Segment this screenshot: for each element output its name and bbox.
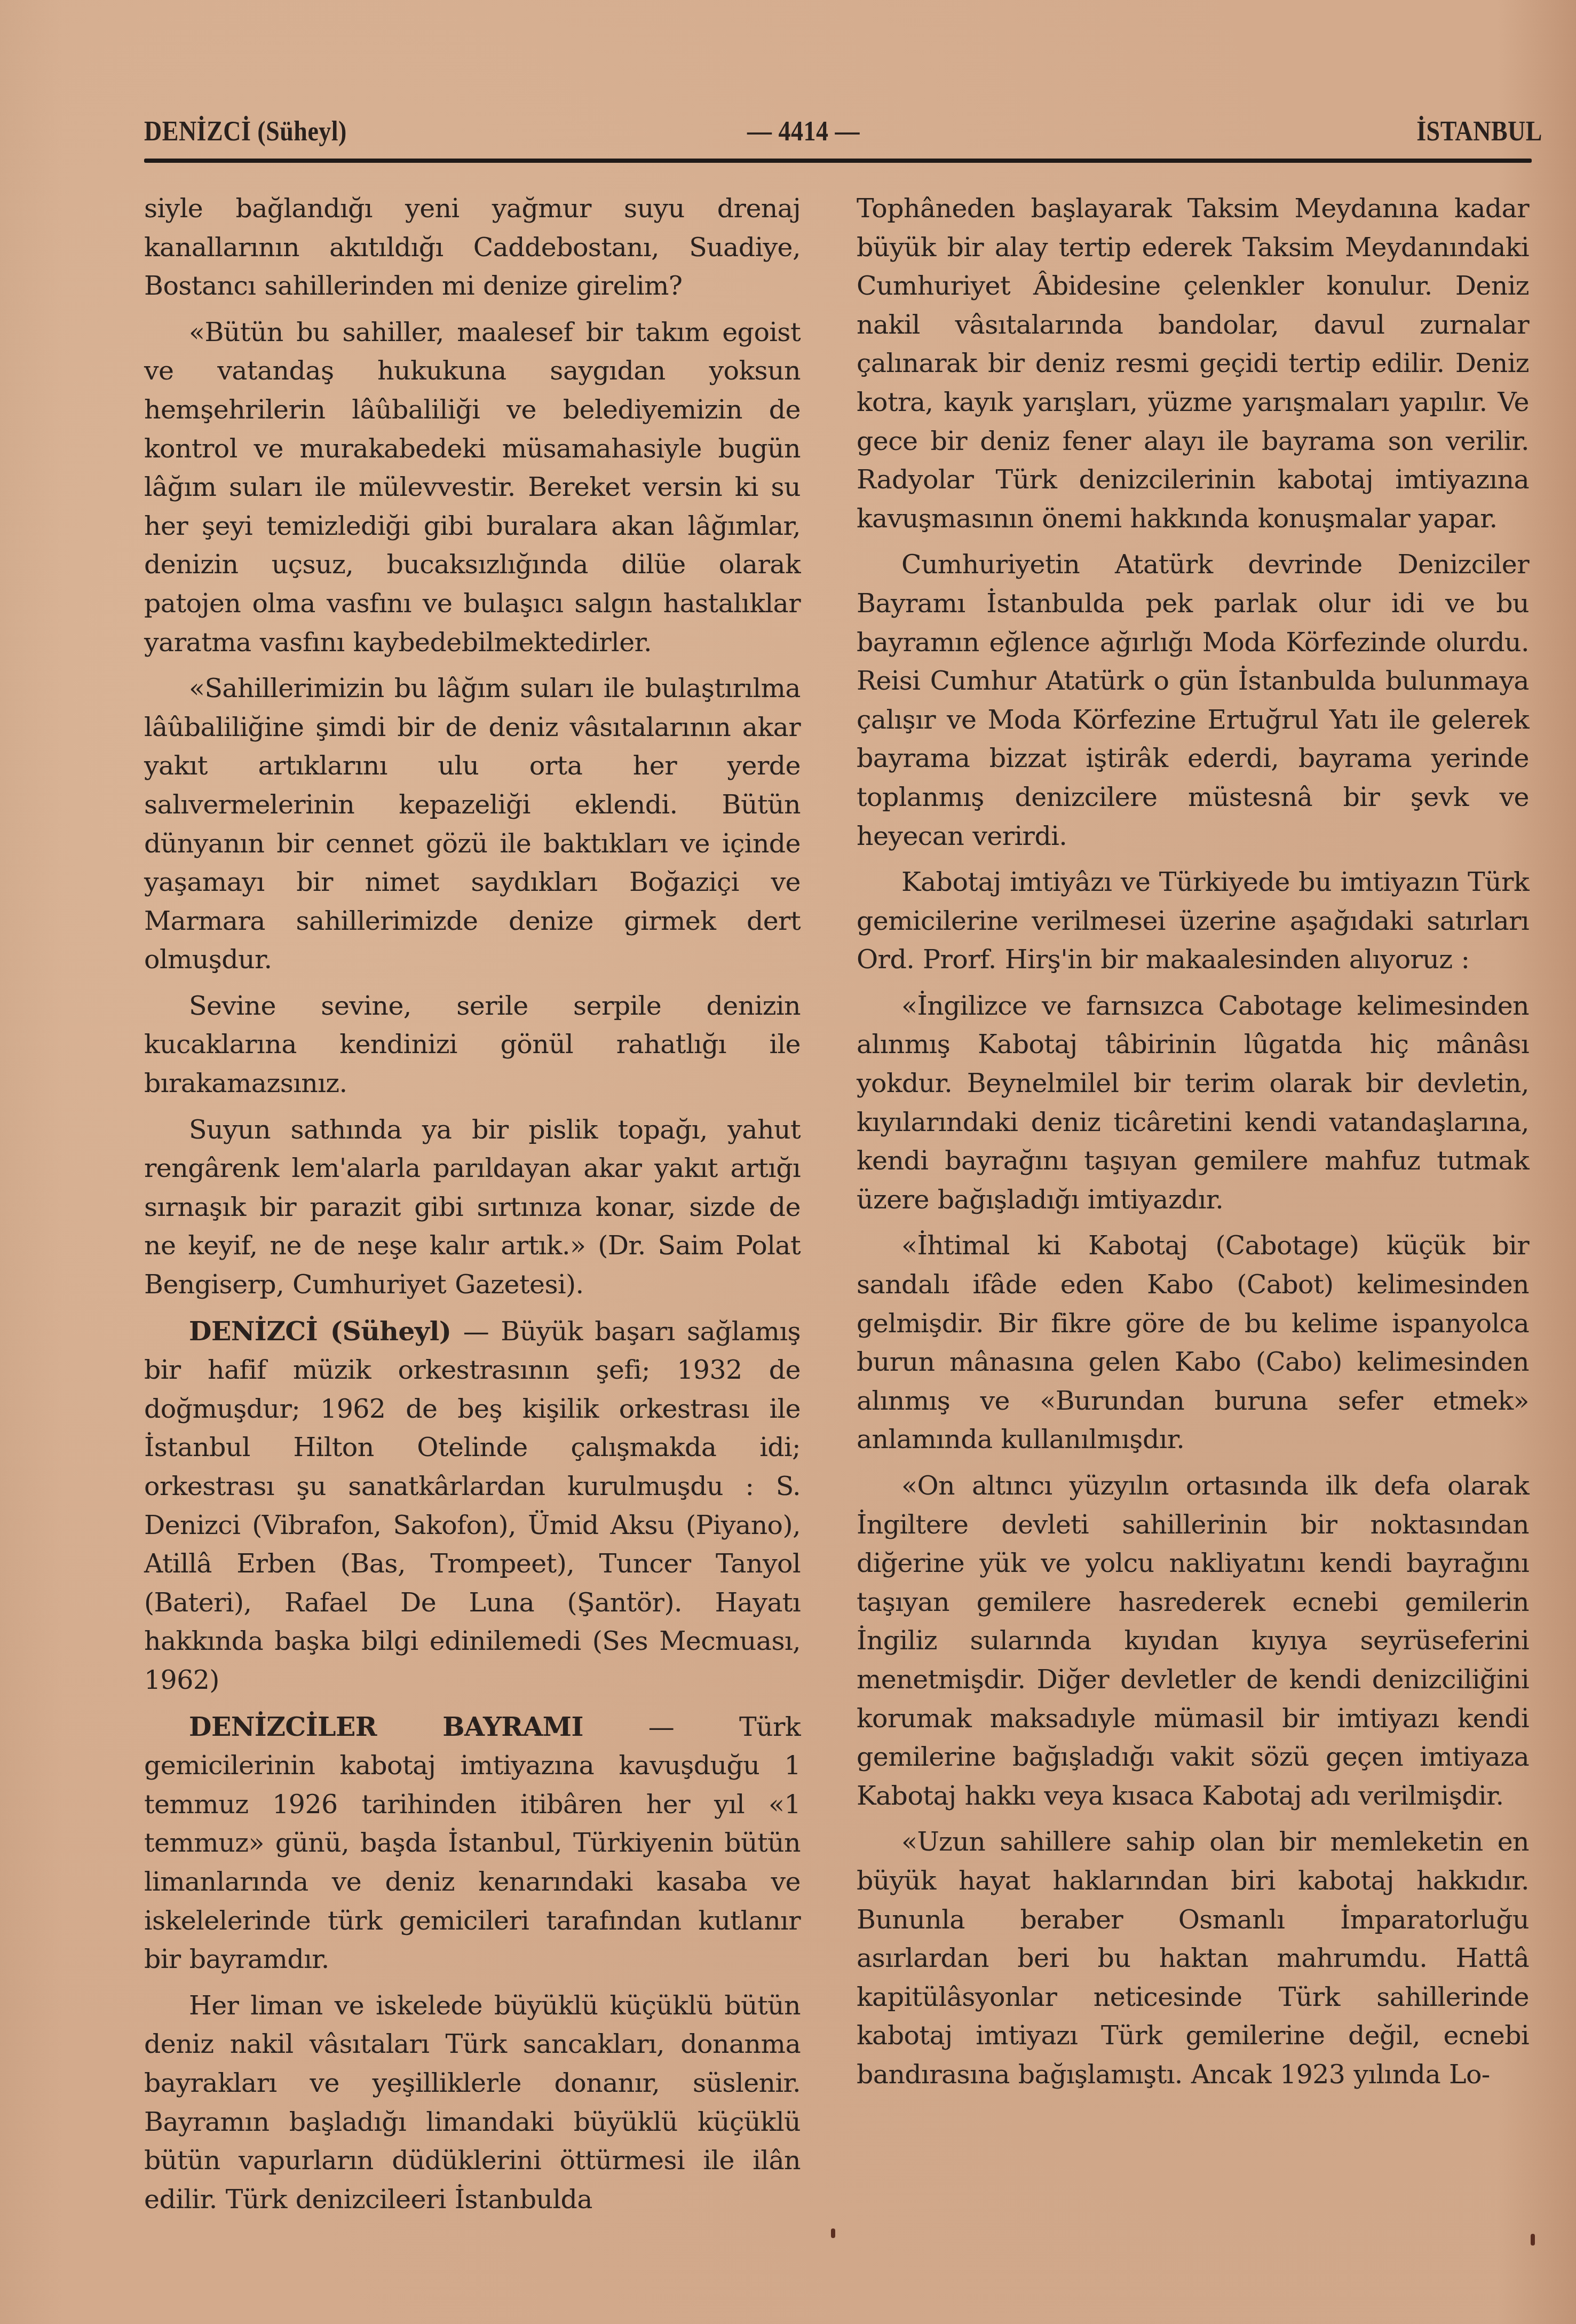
book-page: DENİZCİ (Süheyl) — 4414 — İSTANBUL siyle… (144, 115, 1548, 152)
header-volume-title: İSTANBUL (1416, 115, 1542, 147)
paragraph: Sevine sevine, serile serpile denizin ku… (144, 987, 801, 1103)
paragraph: Kabotaj imtiyâzı ve Türkiyede bu imtiyaz… (857, 863, 1529, 979)
entry-denizciler-bayrami: DENİZCİLER BAYRAMI — Türk gemicilerinin … (144, 1708, 801, 1979)
paragraph: Tophâneden başlayarak Taksim Meydanına k… (857, 189, 1529, 538)
entry-headword: DENİZCİLER BAYRAMI (189, 1711, 583, 1742)
paragraph: «Bütün bu sahiller, maalesef bir takım e… (144, 313, 801, 662)
header-rule (144, 159, 1532, 163)
paragraph: siyle bağlandığı yeni yağmur suyu drenaj… (144, 189, 801, 306)
paper-speck (831, 2228, 835, 2238)
entry-denizci-suheyl: DENİZCİ (Süheyl) — Büyük başarı sağlamış… (144, 1312, 801, 1700)
right-column: Tophâneden başlayarak Taksim Meydanına k… (857, 189, 1529, 2102)
entry-headword: DENİZCİ (Süheyl) (189, 1316, 451, 1347)
quote-paragraph: «On altıncı yüzyılın ortasında ilk defa … (857, 1467, 1529, 1815)
quote-paragraph: «İhtimal ki Kabotaj (Cabotage) küçük bir… (857, 1227, 1529, 1459)
header-entry-title: DENİZCİ (Süheyl) (144, 115, 347, 147)
paper-speck (1531, 2234, 1535, 2246)
paragraph: Cumhuriyetin Atatürk devrinde Denizciler… (857, 546, 1529, 856)
quote-paragraph: «Uzun sahillere sahip olan bir memleketi… (857, 1823, 1529, 2094)
paragraph: Her liman ve iskelede büyüklü küçüklü bü… (144, 1987, 801, 2219)
quote-paragraph: «İngilizce ve farnsızca Cabotage kelimes… (857, 987, 1529, 1220)
left-column: siyle bağlandığı yeni yağmur suyu drenaj… (144, 189, 801, 2226)
paragraph: «Sahillerimizin bu lâğım suları ile bula… (144, 669, 801, 979)
paragraph: Suyun sathında ya bir pislik topağı, yah… (144, 1111, 801, 1305)
page-number: — 4414 — (747, 115, 860, 147)
running-head: DENİZCİ (Süheyl) — 4414 — İSTANBUL (144, 115, 1548, 158)
